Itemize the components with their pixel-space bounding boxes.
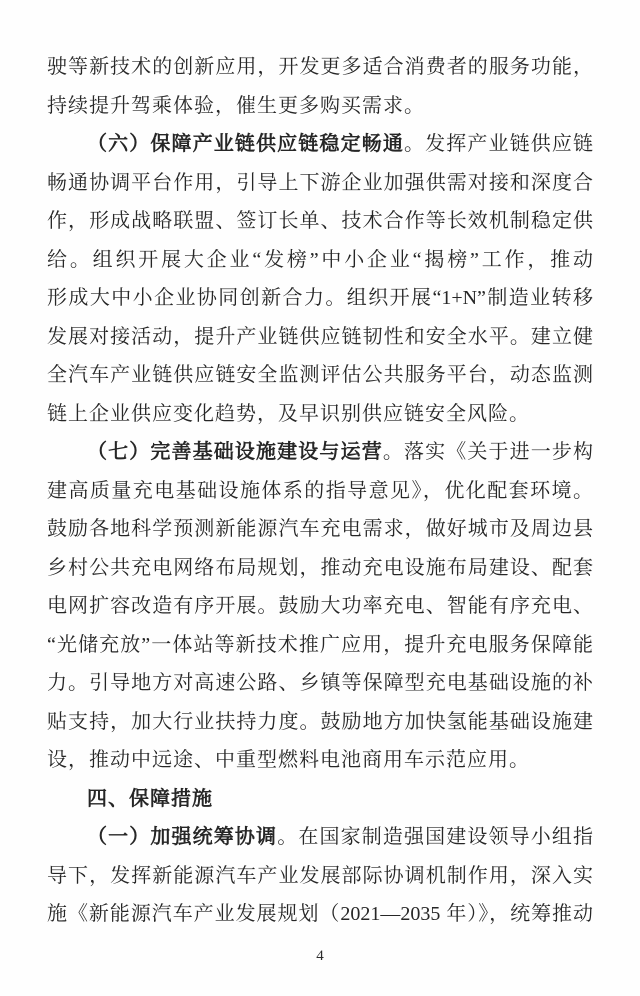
text-line: 施《新能源汽车产业发展规划（2021—2035 年）》，统筹推动 bbox=[47, 895, 593, 934]
text-segment: 导下，发挥新能源汽车产业发展部际协调机制作用，深入实 bbox=[47, 865, 593, 887]
text-segment: 畅通协调平台作用，引导上下游企业加强供需对接和深度合 bbox=[47, 172, 593, 194]
text-segment: 贴支持，加大行业扶持力度。鼓励地方加快氢能基础设施建 bbox=[47, 711, 593, 733]
text-segment: 形成大中小企业协同创新合力。组织开展“1+N”制造业转移 bbox=[47, 287, 593, 309]
text-segment: 给。组织开展大企业“发榜”中小企业“揭榜”工作，推动 bbox=[47, 249, 593, 271]
text-segment: 全汽车产业链供应链安全监测评估公共服务平台，动态监测 bbox=[47, 364, 593, 386]
text-line: 贴支持，加大行业扶持力度。鼓励地方加快氢能基础设施建 bbox=[47, 703, 593, 742]
text-segment: 驶等新技术的创新应用，开发更多适合消费者的服务功能， bbox=[47, 56, 593, 78]
text-line: “光储充放”一体站等新技术推广应用，提升充电服务保障能 bbox=[47, 626, 593, 665]
text-line: 畅通协调平台作用，引导上下游企业加强供需对接和深度合 bbox=[47, 164, 593, 203]
text-line: 链上企业供应变化趋势，及早识别供应链安全风险。 bbox=[47, 395, 593, 434]
bold-text-segment: （一）加强统筹协调 bbox=[87, 826, 277, 848]
text-segment: 乡村公共充电网络布局规划，推动充电设施布局建设、配套 bbox=[47, 557, 593, 579]
bold-text-segment: 四、保障措施 bbox=[87, 788, 213, 810]
text-segment: 发展对接活动，提升产业链供应链韧性和安全水平。建立健 bbox=[47, 326, 593, 348]
text-line: 形成大中小企业协同创新合力。组织开展“1+N”制造业转移 bbox=[47, 279, 593, 318]
text-line: 乡村公共充电网络布局规划，推动充电设施布局建设、配套 bbox=[47, 549, 593, 588]
text-line: 导下，发挥新能源汽车产业发展部际协调机制作用，深入实 bbox=[47, 857, 593, 896]
text-line: （六）保障产业链供应链稳定畅通。发挥产业链供应链 bbox=[47, 125, 593, 164]
text-line: 设，推动中远途、中重型燃料电池商用车示范应用。 bbox=[47, 741, 593, 780]
text-segment: 作，形成战略联盟、签订长单、技术合作等长效机制稳定供 bbox=[47, 210, 593, 232]
text-line: 给。组织开展大企业“发榜”中小企业“揭榜”工作，推动 bbox=[47, 241, 593, 280]
text-segment: 链上企业供应变化趋势，及早识别供应链安全风险。 bbox=[47, 403, 530, 425]
text-line: 建高质量充电基础设施体系的指导意见》，优化配套环境。 bbox=[47, 472, 593, 511]
text-line: 作，形成战略联盟、签订长单、技术合作等长效机制稳定供 bbox=[47, 202, 593, 241]
text-line: 驶等新技术的创新应用，开发更多适合消费者的服务功能， bbox=[47, 48, 593, 87]
text-line: （七）完善基础设施建设与运营。落实《关于进一步构 bbox=[47, 433, 593, 472]
text-line: 全汽车产业链供应链安全监测评估公共服务平台，动态监测 bbox=[47, 356, 593, 395]
text-line: 电网扩容改造有序开展。鼓励大功率充电、智能有序充电、 bbox=[47, 587, 593, 626]
text-segment: 施《新能源汽车产业发展规划（2021—2035 年）》，统筹推动 bbox=[47, 903, 593, 925]
text-line: 力。引导地方对高速公路、乡镇等保障型充电基础设施的补 bbox=[47, 664, 593, 703]
document-page: 驶等新技术的创新应用，开发更多适合消费者的服务功能，持续提升驾乘体验，催生更多购… bbox=[0, 0, 640, 996]
text-segment: 力。引导地方对高速公路、乡镇等保障型充电基础设施的补 bbox=[47, 672, 593, 694]
text-segment: 。在国家制造强国建设领导小组指 bbox=[277, 826, 593, 848]
page-number: 4 bbox=[0, 948, 640, 965]
document-body: 驶等新技术的创新应用，开发更多适合消费者的服务功能，持续提升驾乘体验，催生更多购… bbox=[47, 48, 593, 934]
text-segment: “光储充放”一体站等新技术推广应用，提升充电服务保障能 bbox=[47, 634, 593, 656]
text-segment: 设，推动中远途、中重型燃料电池商用车示范应用。 bbox=[47, 749, 530, 771]
section-heading: 四、保障措施 bbox=[47, 780, 593, 819]
text-line: 持续提升驾乘体验，催生更多购买需求。 bbox=[47, 87, 593, 126]
text-segment: 。发挥产业链供应链 bbox=[404, 133, 593, 155]
text-segment: 。落实《关于进一步构 bbox=[383, 441, 593, 463]
text-segment: 建高质量充电基础设施体系的指导意见》，优化配套环境。 bbox=[47, 480, 593, 502]
text-line: 鼓励各地科学预测新能源汽车充电需求，做好城市及周边县 bbox=[47, 510, 593, 549]
text-line: 发展对接活动，提升产业链供应链韧性和安全水平。建立健 bbox=[47, 318, 593, 357]
bold-text-segment: （七）完善基础设施建设与运营 bbox=[87, 441, 383, 463]
text-segment: 持续提升驾乘体验，催生更多购买需求。 bbox=[47, 95, 425, 117]
text-segment: 电网扩容改造有序开展。鼓励大功率充电、智能有序充电、 bbox=[47, 595, 593, 617]
bold-text-segment: （六）保障产业链供应链稳定畅通 bbox=[87, 133, 404, 155]
text-segment: 鼓励各地科学预测新能源汽车充电需求，做好城市及周边县 bbox=[47, 518, 593, 540]
text-line: （一）加强统筹协调。在国家制造强国建设领导小组指 bbox=[47, 818, 593, 857]
